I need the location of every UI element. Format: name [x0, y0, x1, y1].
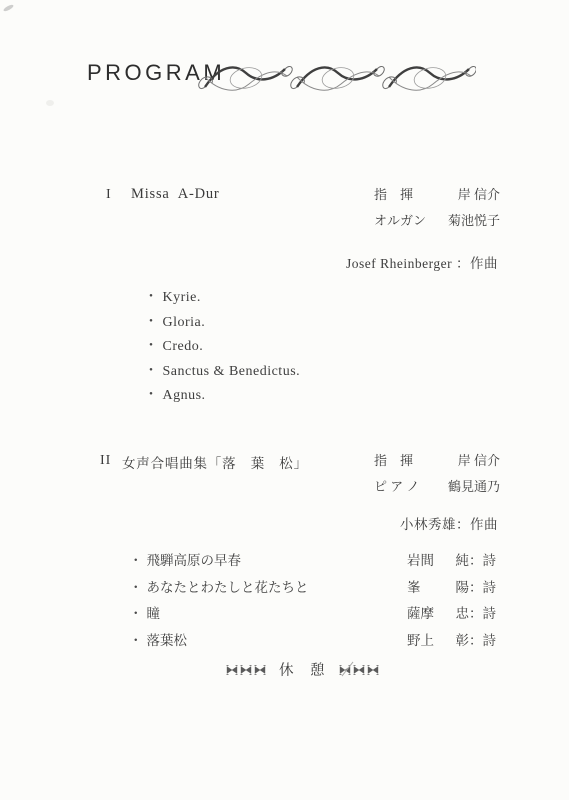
section-2-piece-list: ・飛騨高原の早春 岩間純 ：詩 ・あなたとわたしと花たちと 峯陽 ：詩 ・瞳 薩…	[129, 554, 497, 660]
piece-item: ・落葉松 野上彰 ：詩	[129, 634, 497, 648]
piece-title: Kyrie.	[163, 290, 201, 305]
poet-name: 峯陽	[407, 581, 469, 595]
scan-smudge	[46, 100, 54, 106]
poet-name: 岩間純	[407, 554, 469, 568]
intermission-label: 休 憩	[279, 659, 326, 680]
performer-row: 指 揮 岸 信介	[374, 186, 500, 203]
performer-row: 指 揮 岸 信介	[374, 452, 500, 469]
performer-name: 岸 信介	[438, 452, 500, 469]
piece-item: ・Sanctus & Benedictus.	[144, 365, 300, 379]
piece-title-cell: ・落葉松	[129, 634, 187, 648]
section-1-numeral: I	[106, 187, 112, 203]
section-1-title: Missa A-Dur	[131, 186, 220, 203]
piece-title: Credo.	[163, 339, 204, 354]
piece-item: ・瞳 薩摩忠 ：詩	[129, 607, 497, 621]
section-2-performers: 指 揮 岸 信介 ピ ア ノ 鶴見通乃	[374, 452, 500, 504]
bullet-icon: ・	[144, 364, 159, 379]
bullet-icon: ・	[129, 580, 143, 595]
bullet-icon: ・	[129, 553, 143, 568]
bullet-icon: ・	[129, 633, 143, 648]
piece-title: 瞳	[147, 606, 161, 621]
bullet-icon: ・	[144, 315, 159, 330]
poet-suffix: ：詩	[469, 607, 496, 621]
piece-title: Agnus.	[163, 388, 206, 403]
performer-role: ピ ア ノ	[374, 478, 438, 495]
chain-ornament-left	[226, 665, 266, 675]
poet-credit: 岩間純 ：詩	[407, 554, 497, 568]
poet-credit: 薩摩忠 ：詩	[407, 607, 497, 621]
piece-title-cell: ・あなたとわたしと花たちと	[129, 581, 309, 595]
poet-given-name: 陽	[456, 581, 470, 595]
performer-role: 指 揮	[374, 186, 438, 203]
piece-title: あなたとわたしと花たちと	[147, 580, 309, 595]
performer-role: オルガン	[374, 212, 438, 229]
performer-name: 岸 信介	[438, 186, 500, 203]
bullet-icon: ・	[144, 290, 159, 305]
piece-title-cell: ・瞳	[129, 607, 160, 621]
concert-program-page: PROGRAM I Missa A-Dur 指 揮 岸 信介 オルガン 菊池悦子…	[0, 0, 569, 800]
piece-item: ・Kyrie.	[144, 291, 300, 305]
poet-suffix: ：詩	[469, 554, 496, 568]
poet-credit: 峯陽 ：詩	[407, 581, 497, 595]
poet-suffix: ：詩	[469, 634, 496, 648]
bullet-icon: ・	[144, 388, 159, 403]
poet-credit: 野上彰 ：詩	[407, 634, 497, 648]
performer-row: オルガン 菊池悦子	[374, 212, 500, 229]
piece-title-cell: ・飛騨高原の早春	[129, 554, 241, 568]
poet-surname: 薩摩	[407, 607, 434, 621]
piece-item: ・Credo.	[144, 340, 300, 354]
piece-item: ・Agnus.	[144, 389, 300, 403]
chain-ornament-right	[339, 665, 379, 675]
poet-suffix: ：詩	[469, 581, 496, 595]
section-1-performers: 指 揮 岸 信介 オルガン 菊池悦子	[374, 186, 500, 238]
poet-surname: 野上	[407, 634, 434, 648]
intermission-row: 休 憩	[0, 659, 569, 681]
poet-surname: 岩間	[407, 554, 434, 568]
performer-name: 菊池悦子	[438, 212, 500, 229]
section-2-title: 女声合唱曲集「落 葉 松」	[122, 452, 308, 472]
piece-title: Gloria.	[163, 315, 206, 330]
piece-item: ・Gloria.	[144, 316, 300, 330]
piece-item: ・飛騨高原の早春 岩間純 ：詩	[129, 554, 497, 568]
performer-name: 鶴見通乃	[438, 478, 500, 495]
scan-artifact	[3, 4, 15, 13]
poet-given-name: 忠	[456, 607, 470, 621]
poet-name: 野上彰	[407, 634, 469, 648]
performer-row: ピ ア ノ 鶴見通乃	[374, 478, 500, 495]
poet-given-name: 彰	[456, 634, 470, 648]
poet-given-name: 純	[456, 554, 470, 568]
section-2-composer: 小林秀雄：作曲	[400, 513, 498, 533]
piece-title: Sanctus & Benedictus.	[163, 364, 301, 379]
piece-title: 飛騨高原の早春	[147, 553, 242, 568]
poet-surname: 峯	[407, 581, 421, 595]
performer-role: 指 揮	[374, 452, 438, 469]
piece-title: 落葉松	[147, 633, 188, 648]
section-1-piece-list: ・Kyrie. ・Gloria. ・Credo. ・Sanctus & Bene…	[144, 291, 300, 414]
section-1-composer: Josef Rheinberger ：作曲	[346, 252, 498, 272]
piece-item: ・あなたとわたしと花たちと 峯陽 ：詩	[129, 581, 497, 595]
calligraphic-flourish-ornament	[198, 60, 476, 96]
bullet-icon: ・	[129, 606, 143, 621]
section-2-numeral: II	[100, 453, 111, 469]
poet-name: 薩摩忠	[407, 607, 469, 621]
bullet-icon: ・	[144, 339, 159, 354]
